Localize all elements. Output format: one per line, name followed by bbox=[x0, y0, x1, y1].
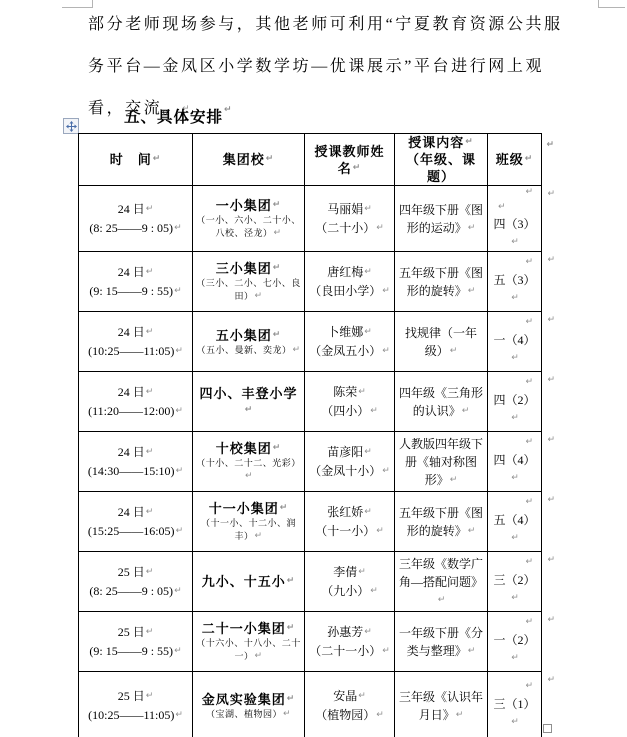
pilcrow-mark: ↵ bbox=[462, 406, 470, 416]
cell-school: 金凤实验集团↵ （宝湖、植物园）↵ bbox=[193, 672, 305, 737]
pilcrow-mark: ↵ bbox=[153, 154, 162, 164]
pilcrow-mark: ↵ bbox=[364, 447, 372, 457]
pilcrow-mark: ↵ bbox=[358, 567, 366, 577]
pilcrow-mark: ↵ bbox=[468, 223, 476, 233]
pilcrow-mark: ↵ bbox=[547, 615, 555, 625]
cell-school: 二十一小集团↵ （十六小、十八小、二十一）↵ bbox=[193, 612, 305, 672]
table-row: 24 日↵ (8: 25——9 : 05)↵ 一小集团↵ （一小、六小、二十小、… bbox=[79, 186, 542, 252]
pilcrow-mark: ↵ bbox=[174, 586, 182, 596]
pilcrow-mark: ↵ bbox=[450, 475, 458, 485]
cell-class: ↵ ↵ 三（2）↵ bbox=[488, 552, 542, 612]
cell-class: ↵ ↵ 五（3）↵ bbox=[488, 252, 542, 312]
table-row: 25 日↵ (8: 25——9 : 05)↵ 九小、十五小↵ 李倩↵ （九小）↵… bbox=[79, 552, 542, 612]
pilcrow-mark: ↵ bbox=[547, 495, 555, 505]
cell-teacher: 安晶↵ （植物园）↵ bbox=[305, 672, 395, 737]
pilcrow-mark: ↵ bbox=[287, 623, 296, 633]
pilcrow-mark: ↵ bbox=[511, 353, 519, 363]
pilcrow-mark: ↵ bbox=[525, 497, 533, 507]
pilcrow-mark: ↵ bbox=[273, 200, 282, 210]
pilcrow-mark: ↵ bbox=[547, 315, 555, 325]
pilcrow-mark: ↵ bbox=[468, 526, 476, 536]
pilcrow-mark: ↵ bbox=[364, 507, 372, 517]
pilcrow-mark: ↵ bbox=[438, 595, 446, 605]
pilcrow-mark: ↵ bbox=[376, 710, 384, 720]
pilcrow-mark: ↵ bbox=[511, 293, 519, 303]
pilcrow-mark: ↵ bbox=[547, 555, 555, 565]
cell-content: 四年级《三角形的认识》↵ bbox=[395, 372, 488, 432]
pilcrow-mark: ↵ bbox=[465, 137, 474, 147]
table-row: 24 日↵ (15:25——16:05)↵ 十一小集团↵ （十一小、十二小、润丰… bbox=[79, 492, 542, 552]
pilcrow-mark: ↵ bbox=[273, 263, 282, 273]
pilcrow-mark: ↵ bbox=[511, 717, 519, 727]
pilcrow-mark: ↵ bbox=[266, 154, 275, 164]
pilcrow-mark: ↵ bbox=[146, 327, 154, 337]
pilcrow-mark: ↵ bbox=[146, 507, 154, 517]
pilcrow-mark: ↵ bbox=[146, 627, 154, 637]
pilcrow-mark: ↵ bbox=[525, 317, 533, 327]
pilcrow-mark: ↵ bbox=[511, 653, 519, 663]
pilcrow-mark: ↵ bbox=[176, 466, 184, 476]
cell-time: 24 日↵ (9: 15——9 : 55)↵ bbox=[79, 252, 193, 312]
cell-content: 四年级下册《图形的运动》↵ bbox=[395, 186, 488, 252]
pilcrow-mark: ↵ bbox=[376, 526, 384, 536]
pilcrow-mark: ↵ bbox=[245, 471, 253, 481]
pilcrow-mark: ↵ bbox=[511, 413, 519, 423]
pilcrow-mark: ↵ bbox=[546, 137, 555, 154]
pilcrow-mark: ↵ bbox=[376, 223, 384, 233]
intro-paragraph-line: 务平台—金凤区小学数学坊—优课展示”平台进行网上观 bbox=[88, 46, 558, 88]
pilcrow-mark: ↵ bbox=[370, 406, 378, 416]
header-time: 时 间↵ bbox=[79, 134, 193, 186]
pilcrow-mark: ↵ bbox=[498, 202, 506, 212]
pilcrow-mark: ↵ bbox=[146, 567, 154, 577]
cell-school: 九小、十五小↵ bbox=[193, 552, 305, 612]
cell-school: 三小集团↵ （三小、二小、七小、良田）↵ bbox=[193, 252, 305, 312]
table-move-handle-icon[interactable] bbox=[63, 118, 79, 134]
pilcrow-mark: ↵ bbox=[287, 576, 296, 586]
pilcrow-mark: ↵ bbox=[175, 710, 183, 720]
section-heading: 五、具体安排↵ bbox=[124, 105, 233, 127]
pilcrow-mark: ↵ bbox=[146, 204, 154, 214]
pilcrow-mark: ↵ bbox=[175, 406, 183, 416]
document-page: 部分老师现场参与，其他老师可利用“宁夏教育资源公共服 务平台—金凤区小学数学坊—… bbox=[0, 0, 627, 737]
pilcrow-mark: ↵ bbox=[174, 286, 182, 296]
cell-school: 十一小集团↵ （十一小、十二小、润丰）↵ bbox=[193, 492, 305, 552]
pilcrow-mark: ↵ bbox=[287, 694, 296, 704]
pilcrow-mark: ↵ bbox=[382, 286, 390, 296]
cell-teacher: 苗彦阳↵ （金凤十小）↵ bbox=[305, 432, 395, 492]
pilcrow-mark: ↵ bbox=[358, 691, 366, 701]
pilcrow-mark: ↵ bbox=[450, 346, 458, 356]
pilcrow-mark: ↵ bbox=[456, 710, 464, 720]
pilcrow-mark: ↵ bbox=[364, 267, 372, 277]
pilcrow-mark: ↵ bbox=[364, 204, 372, 214]
pilcrow-mark: ↵ bbox=[468, 286, 476, 296]
pilcrow-mark: ↵ bbox=[358, 387, 366, 397]
pilcrow-mark: ↵ bbox=[176, 526, 184, 536]
cell-time: 25 日↵ (9: 15——9 : 55)↵ bbox=[79, 612, 193, 672]
pilcrow-mark: ↵ bbox=[364, 627, 372, 637]
pilcrow-mark: ↵ bbox=[280, 503, 289, 513]
pilcrow-mark: ↵ bbox=[547, 375, 555, 385]
cell-content: 三年级《数学广角—搭配问题》↵ bbox=[395, 552, 488, 612]
table-header-row: 时 间↵ 集团校↵ 授课教师姓名↵ 授课内容↵ （年级、课题） 班级↵↵ bbox=[79, 134, 542, 186]
cell-teacher: 卜维娜↵ （金凤五小）↵ bbox=[305, 312, 395, 372]
cell-class: ↵ ↵ ↵ 四（3）↵ bbox=[488, 186, 542, 252]
cell-school: 四小、丰登小学↵ bbox=[193, 372, 305, 432]
pilcrow-mark: ↵ bbox=[525, 154, 534, 164]
intro-paragraph-line: 部分老师现场参与，其他老师可利用“宁夏教育资源公共服 bbox=[88, 4, 558, 46]
table-row: 24 日↵ (10:25——11:05)↵ 五小集团↵ （五小、曼新、奕龙）↵ … bbox=[79, 312, 542, 372]
cell-teacher: 唐红梅↵ （良田小学）↵ bbox=[305, 252, 395, 312]
pilcrow-mark: ↵ bbox=[525, 257, 533, 267]
table-row: 24 日↵ (14:30——15:10)↵ 十校集团↵ （十小、二十二、光彩）↵… bbox=[79, 432, 542, 492]
pilcrow-mark: ↵ bbox=[273, 228, 281, 238]
pilcrow-mark: ↵ bbox=[146, 267, 154, 277]
pilcrow-mark: ↵ bbox=[511, 593, 519, 603]
cell-class: ↵ ↵ 一（4）↵ bbox=[488, 312, 542, 372]
cell-time: 24 日↵ (15:25——16:05)↵ bbox=[79, 492, 193, 552]
pilcrow-mark: ↵ bbox=[146, 387, 154, 397]
cell-content: 一年级下册《分类与整理》↵ bbox=[395, 612, 488, 672]
header-content: 授课内容↵ （年级、课题） bbox=[395, 134, 488, 186]
pilcrow-mark: ↵ bbox=[511, 473, 519, 483]
cell-class: ↵ ↵ 五（4）↵ bbox=[488, 492, 542, 552]
pilcrow-mark: ↵ bbox=[292, 345, 300, 355]
header-teacher: 授课教师姓名↵ bbox=[305, 134, 395, 186]
text-boundary-mark bbox=[598, 0, 625, 8]
header-class: 班级↵↵ bbox=[488, 134, 542, 186]
table-resize-handle[interactable] bbox=[543, 724, 552, 733]
pilcrow-mark: ↵ bbox=[382, 646, 390, 656]
cell-class: ↵ ↵ 四（4）↵ bbox=[488, 432, 542, 492]
pilcrow-mark: ↵ bbox=[353, 163, 362, 173]
cell-content: 五年级下册《图形的旋转》↵ bbox=[395, 492, 488, 552]
cell-time: 24 日↵ (11:20——12:00)↵ bbox=[79, 372, 193, 432]
pilcrow-mark: ↵ bbox=[254, 291, 262, 301]
cell-class: ↵ ↵ 三（1）↵ bbox=[488, 672, 542, 737]
pilcrow-mark: ↵ bbox=[382, 346, 390, 356]
pilcrow-mark: ↵ bbox=[174, 223, 182, 233]
pilcrow-mark: ↵ bbox=[273, 330, 282, 340]
cell-time: 25 日↵ (10:25——11:05)↵ bbox=[79, 672, 193, 737]
table-row: 24 日↵ (11:20——12:00)↵ 四小、丰登小学↵ 陈荣↵ （四小）↵… bbox=[79, 372, 542, 432]
cell-school: 十校集团↵ （十小、二十二、光彩）↵ bbox=[193, 432, 305, 492]
cell-teacher: 陈荣↵ （四小）↵ bbox=[305, 372, 395, 432]
schedule-table: 时 间↵ 集团校↵ 授课教师姓名↵ 授课内容↵ （年级、课题） 班级↵↵ 24 … bbox=[78, 133, 542, 737]
cell-content: 找规律（一年级）↵ bbox=[395, 312, 488, 372]
pilcrow-mark: ↵ bbox=[254, 651, 262, 661]
pilcrow-mark: ↵ bbox=[254, 531, 262, 541]
pilcrow-mark: ↵ bbox=[511, 237, 519, 247]
pilcrow-mark: ↵ bbox=[273, 443, 282, 453]
cell-teacher: 李倩↵ （九小）↵ bbox=[305, 552, 395, 612]
table-row: 24 日↵ (9: 15——9 : 55)↵ 三小集团↵ （三小、二小、七小、良… bbox=[79, 252, 542, 312]
cell-class: ↵ ↵ 一（2）↵ bbox=[488, 612, 542, 672]
pilcrow-mark: ↵ bbox=[547, 255, 555, 265]
pilcrow-mark: ↵ bbox=[146, 691, 154, 701]
pilcrow-mark: ↵ bbox=[547, 189, 555, 199]
pilcrow-mark: ↵ bbox=[175, 346, 183, 356]
cell-teacher: 马丽娟↵ （二十小）↵ bbox=[305, 186, 395, 252]
pilcrow-mark: ↵ bbox=[547, 675, 555, 685]
move-cross-icon bbox=[66, 121, 77, 132]
pilcrow-mark: ↵ bbox=[525, 437, 533, 447]
table-row: 25 日↵ (10:25——11:05)↵ 金凤实验集团↵ （宝湖、植物园）↵ … bbox=[79, 672, 542, 737]
pilcrow-mark: ↵ bbox=[468, 646, 476, 656]
pilcrow-mark: ↵ bbox=[525, 557, 533, 567]
pilcrow-mark: ↵ bbox=[283, 709, 291, 719]
table-row: 25 日↵ (9: 15——9 : 55)↵ 二十一小集团↵ （十六小、十八小、… bbox=[79, 612, 542, 672]
pilcrow-mark: ↵ bbox=[364, 327, 372, 337]
pilcrow-mark: ↵ bbox=[146, 447, 154, 457]
cell-content: 五年级下册《图形的旋转》↵ bbox=[395, 252, 488, 312]
pilcrow-mark: ↵ bbox=[174, 646, 182, 656]
pilcrow-mark: ↵ bbox=[511, 533, 519, 543]
cell-teacher: 孙惠芳↵ （二十一小）↵ bbox=[305, 612, 395, 672]
cell-time: 24 日↵ (14:30——15:10)↵ bbox=[79, 432, 193, 492]
cell-school: 一小集团↵ （一小、六小、二十小、八校、泾龙）↵ bbox=[193, 186, 305, 252]
header-school: 集团校↵ bbox=[193, 134, 305, 186]
cell-time: 24 日↵ (8: 25——9 : 05)↵ bbox=[79, 186, 193, 252]
cell-content: 人教版四年级下册《轴对称图形》↵ bbox=[395, 432, 488, 492]
pilcrow-mark: ↵ bbox=[547, 435, 555, 445]
pilcrow-mark: ↵ bbox=[525, 187, 533, 197]
cell-teacher: 张红娇↵ （十一小）↵ bbox=[305, 492, 395, 552]
pilcrow-mark: ↵ bbox=[525, 377, 533, 387]
pilcrow-mark: ↵ bbox=[525, 681, 533, 691]
pilcrow-mark: ↵ bbox=[525, 617, 533, 627]
cell-school: 五小集团↵ （五小、曼新、奕龙）↵ bbox=[193, 312, 305, 372]
pilcrow-mark: ↵ bbox=[370, 586, 378, 596]
cell-class: ↵ ↵ 四（2）↵ bbox=[488, 372, 542, 432]
pilcrow-mark: ↵ bbox=[245, 405, 254, 415]
cell-time: 24 日↵ (10:25——11:05)↵ bbox=[79, 312, 193, 372]
pilcrow-mark: ↵ bbox=[224, 105, 233, 115]
cell-time: 25 日↵ (8: 25——9 : 05)↵ bbox=[79, 552, 193, 612]
cell-content: 三年级《认识年月日》↵ bbox=[395, 672, 488, 737]
pilcrow-mark: ↵ bbox=[382, 466, 390, 476]
